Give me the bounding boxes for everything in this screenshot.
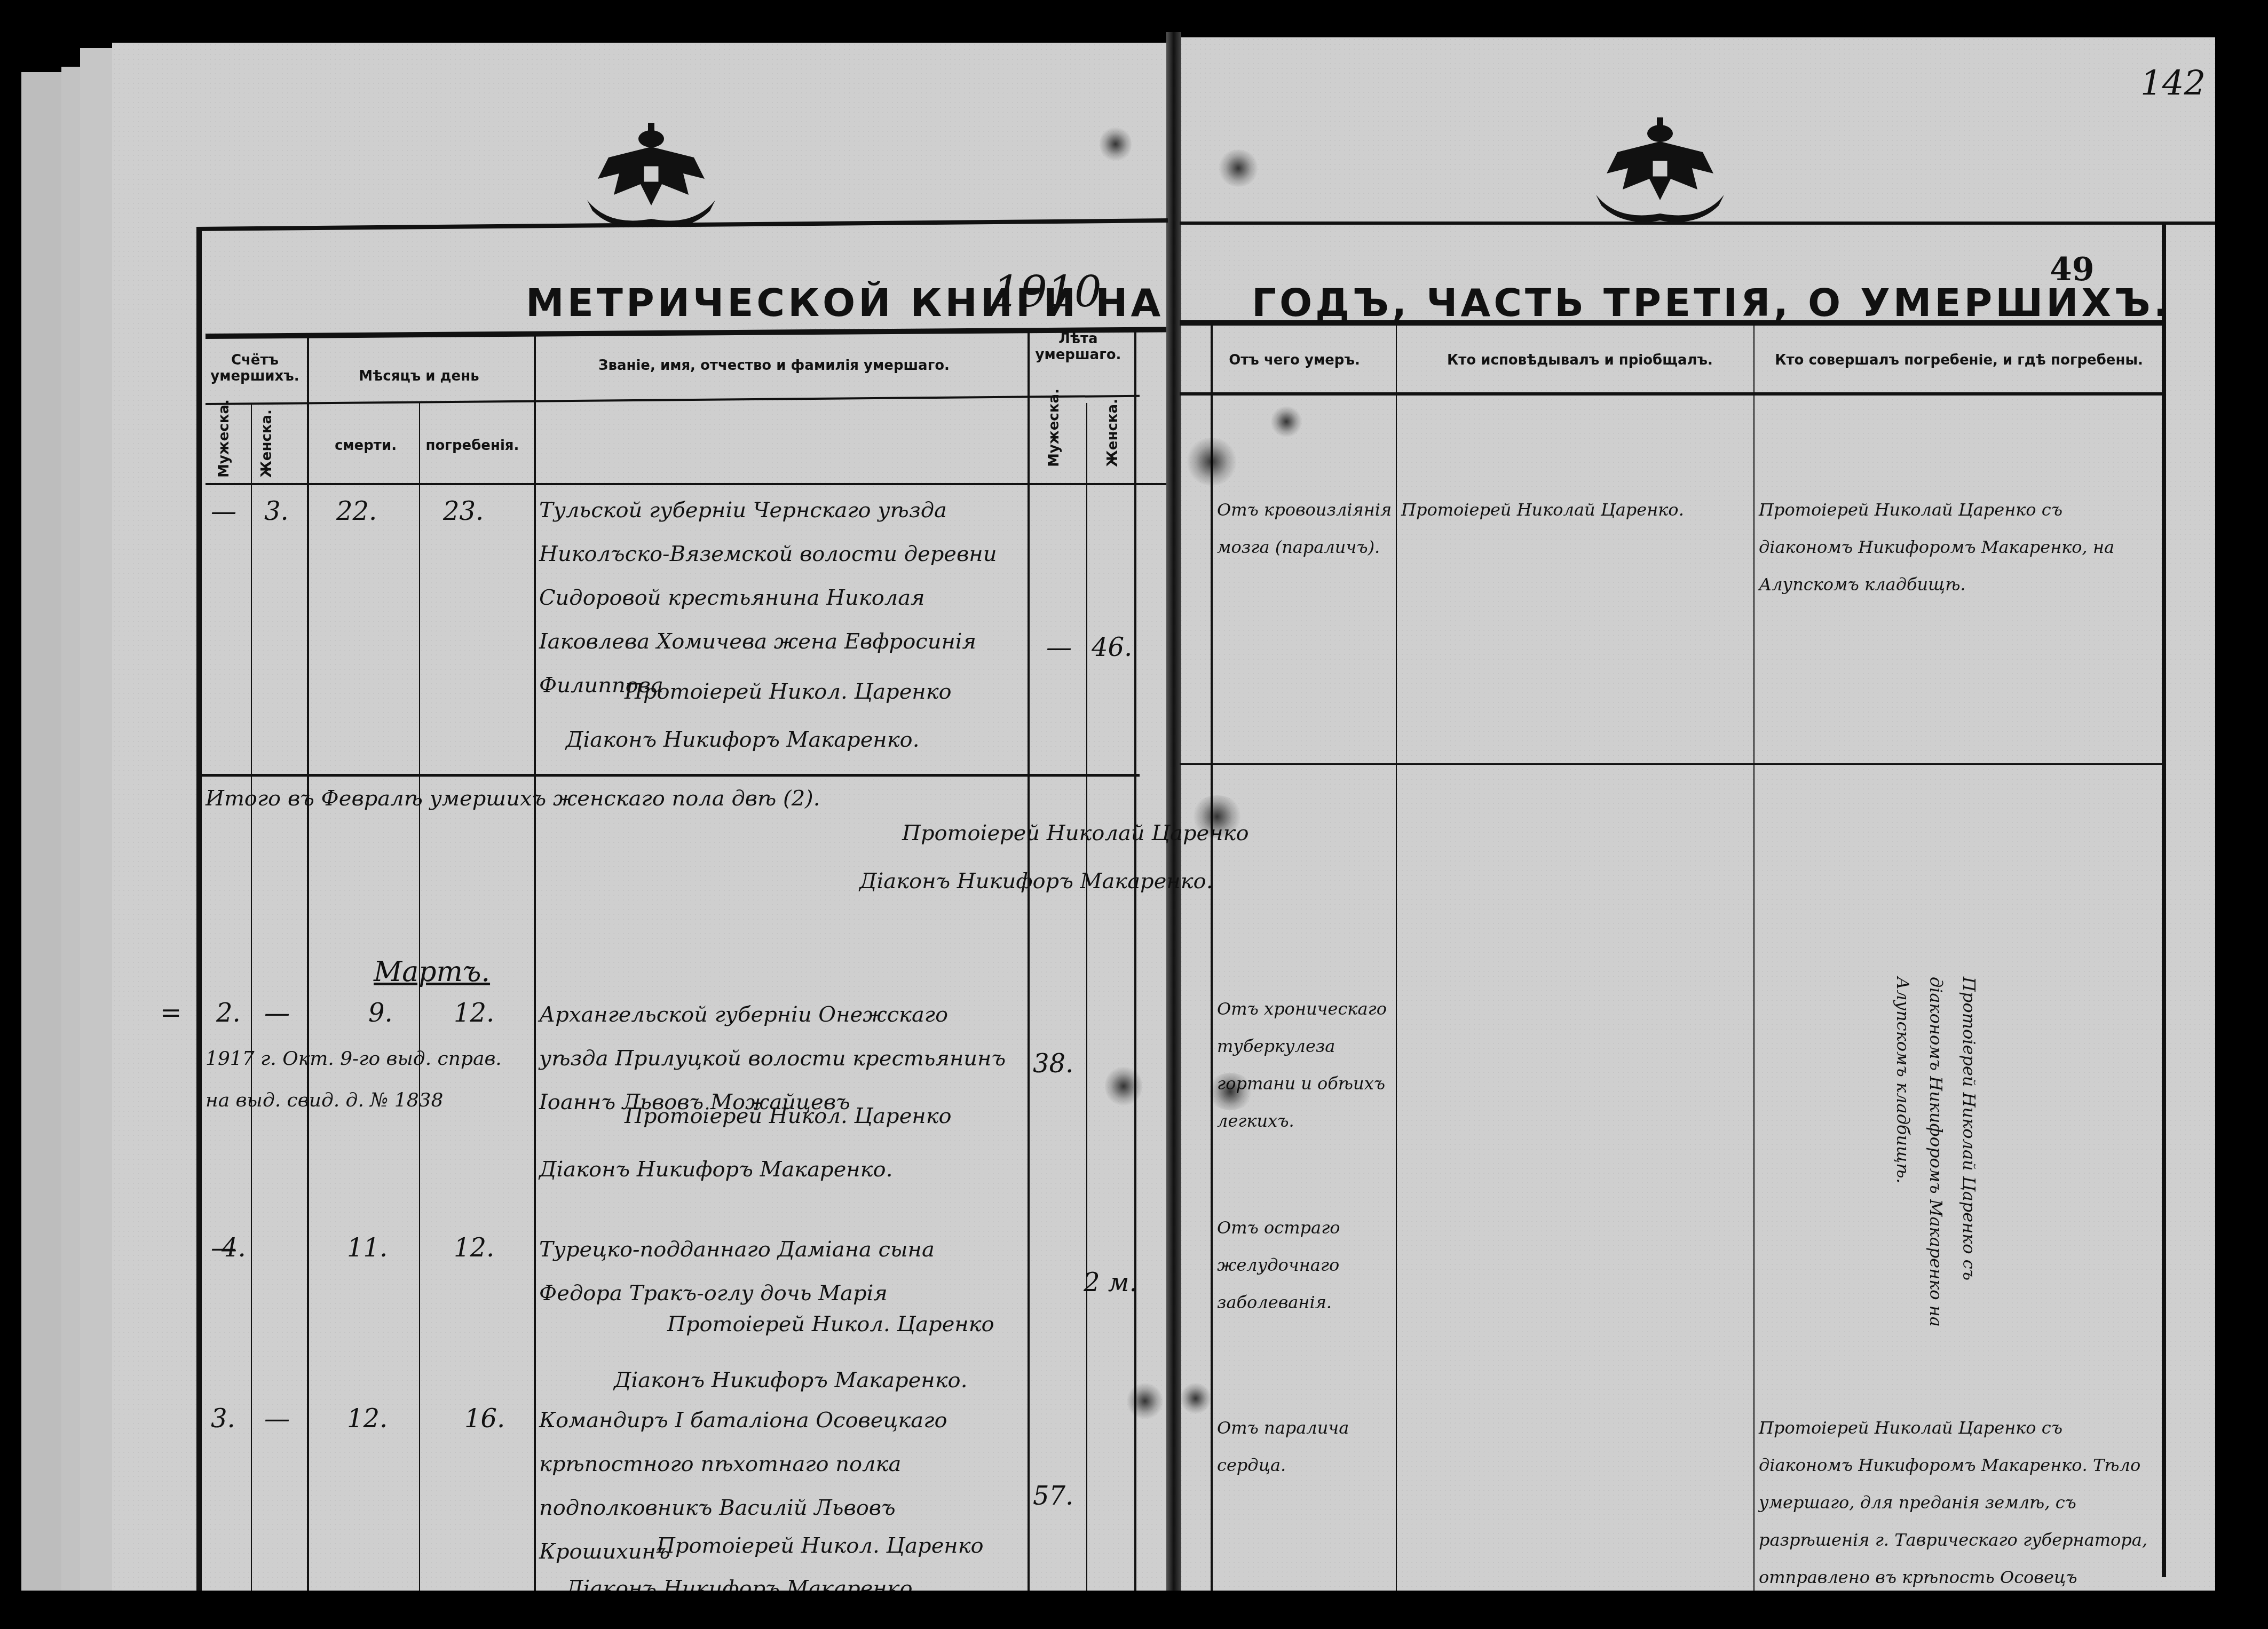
header-age-male: Мужеска. (1046, 403, 1062, 467)
header-age-female: Женска. (1105, 403, 1121, 467)
title-right: ГОДЪ, ЧАСТЬ ТРЕТІЯ, О УМЕРШИХЪ. (1252, 280, 2171, 325)
entry1-male-no: — (211, 496, 236, 526)
frame-right-border (2162, 222, 2166, 1577)
col-line (1396, 320, 1397, 1591)
entry4-cause: Отъ паралича сердца. (1217, 1409, 1393, 1484)
header-month-day: Мѣсяцъ и день (307, 368, 531, 384)
entry4-signature-priest: Протоіерей Никол. Царенко (657, 1524, 984, 1568)
entry2-death-day: 9. (368, 998, 393, 1028)
entry2-female-no: — (264, 998, 290, 1028)
entry3-signature-deacon: Діаконъ Никифоръ Макаренко. (614, 1358, 967, 1402)
header-death: смерти. (315, 438, 416, 454)
col-line (1028, 328, 1030, 1604)
entry2-signature-deacon: Діаконъ Никифоръ Макаренко. (539, 1148, 892, 1191)
ink-stain (1126, 1382, 1164, 1420)
page-number: 49 (2050, 251, 2095, 288)
entry1-age-male: — (1046, 632, 1072, 662)
bottom-shadow (0, 1591, 2268, 1629)
archive-folio-number: 142 (2140, 64, 2206, 104)
frame-top-border-right (1180, 222, 2215, 225)
entry2-age-male: 38. (1033, 1049, 1073, 1079)
entry1-confessor: Протоіерей Николай Царенко. (1401, 491, 1748, 528)
ink-stain (1206, 1073, 1254, 1110)
col-line (419, 403, 420, 1604)
entry4-burial-day: 16. (464, 1404, 505, 1434)
col-line (1086, 403, 1087, 1604)
entry3-burial-day: 12. (454, 1233, 494, 1263)
col-line (1753, 320, 1755, 1591)
summary-signature-deacon: Діаконъ Никифоръ Макаренко. (859, 859, 1213, 903)
ink-stain (1217, 149, 1260, 187)
entry1-cause: Отъ кровоизліянія мозга (параличъ). (1217, 491, 1393, 566)
entry4-male-no: 3. (211, 1404, 235, 1434)
book-page-edge (80, 48, 114, 1601)
imperial-eagle-emblem-right (1596, 115, 1724, 222)
header-count-female: Женска. (259, 414, 275, 478)
entry3-female-no: 4. (222, 1233, 246, 1263)
ink-stain (1100, 125, 1132, 163)
entry3-death-day: 11. (347, 1233, 388, 1263)
frame-left-border (196, 227, 202, 1604)
entry2-margin-note: 1917 г. Окт. 9-го выд. справ. на выд. св… (206, 1038, 504, 1121)
entry3-cause: Отъ остраго желудочнаго заболеванія. (1217, 1209, 1393, 1321)
entry2-signature-priest: Протоіерей Никол. Царенко (625, 1094, 952, 1138)
ink-stain (1270, 406, 1302, 438)
entry1-signature-deacon: Діаконъ Никифоръ Макаренко. (566, 718, 919, 762)
march-burial-vertical-note: Протоіерей Николай Царенко съ діакономъ … (1886, 977, 1986, 1350)
header-bottom-rule-right (1180, 392, 2162, 396)
header-name: Званіе, имя, отчество и фамилія умершаго… (534, 358, 1014, 374)
book-page-edge (21, 72, 66, 1604)
entry1-burial-by: Протоіерей Николай Царенко съ діакономъ … (1759, 491, 2154, 603)
entry3-age-female: 2 м. (1084, 1268, 1137, 1298)
entry4-female-no: — (264, 1404, 290, 1434)
header-burial-by: Кто совершалъ погребеніе, и гдѣ погребен… (1761, 352, 2156, 368)
entry4-age-male: 57. (1033, 1481, 1073, 1511)
header-count-deceased: Счётъ умершихъ. (206, 352, 304, 384)
header-confessor: Кто исповѣдывалъ и пріобщалъ. (1404, 352, 1756, 368)
entry1-bottom-rule-right (1180, 763, 2162, 765)
title-year: 1910 (993, 267, 1102, 317)
col-line (307, 336, 309, 1604)
book-page-edge (61, 67, 82, 1604)
header-count-male: Мужеска. (216, 414, 232, 478)
header-bottom-rule-left (206, 483, 1166, 485)
ink-stain (1105, 1065, 1142, 1108)
entry1-age-female: 46. (1092, 632, 1132, 662)
col-line (534, 336, 536, 1604)
header-cause: Отъ чего умеръ. (1188, 352, 1401, 368)
header-age: Лѣта умершаго. (1030, 331, 1126, 363)
entry1-female-no: 3. (264, 496, 289, 526)
entry2-male-no: 2. (216, 998, 241, 1028)
month-heading-march: Мартъ. (374, 950, 490, 994)
header-burial: погребенія. (416, 438, 528, 454)
col-line (251, 403, 252, 1604)
header-double-rule-right (1180, 320, 2162, 326)
entry2-margin-mark: = (160, 998, 181, 1028)
ink-stain (1190, 795, 1244, 838)
entry2-burial-day: 12. (454, 998, 494, 1028)
ink-stain (1180, 1382, 1212, 1414)
entry1-burial-day: 23. (443, 496, 484, 526)
entry3-signature-priest: Протоіерей Никол. Царенко (667, 1302, 994, 1346)
entry4-death-day: 12. (347, 1404, 388, 1434)
entry1-signature-priest: Протоіерей Никол. Царенко (625, 670, 952, 714)
imperial-eagle-emblem-left (587, 120, 715, 227)
entry2-cause: Отъ хроническаго туберкулеза гортани и о… (1217, 990, 1393, 1140)
entry1-death-day: 22. (336, 496, 377, 526)
ink-stain (1185, 438, 1238, 486)
